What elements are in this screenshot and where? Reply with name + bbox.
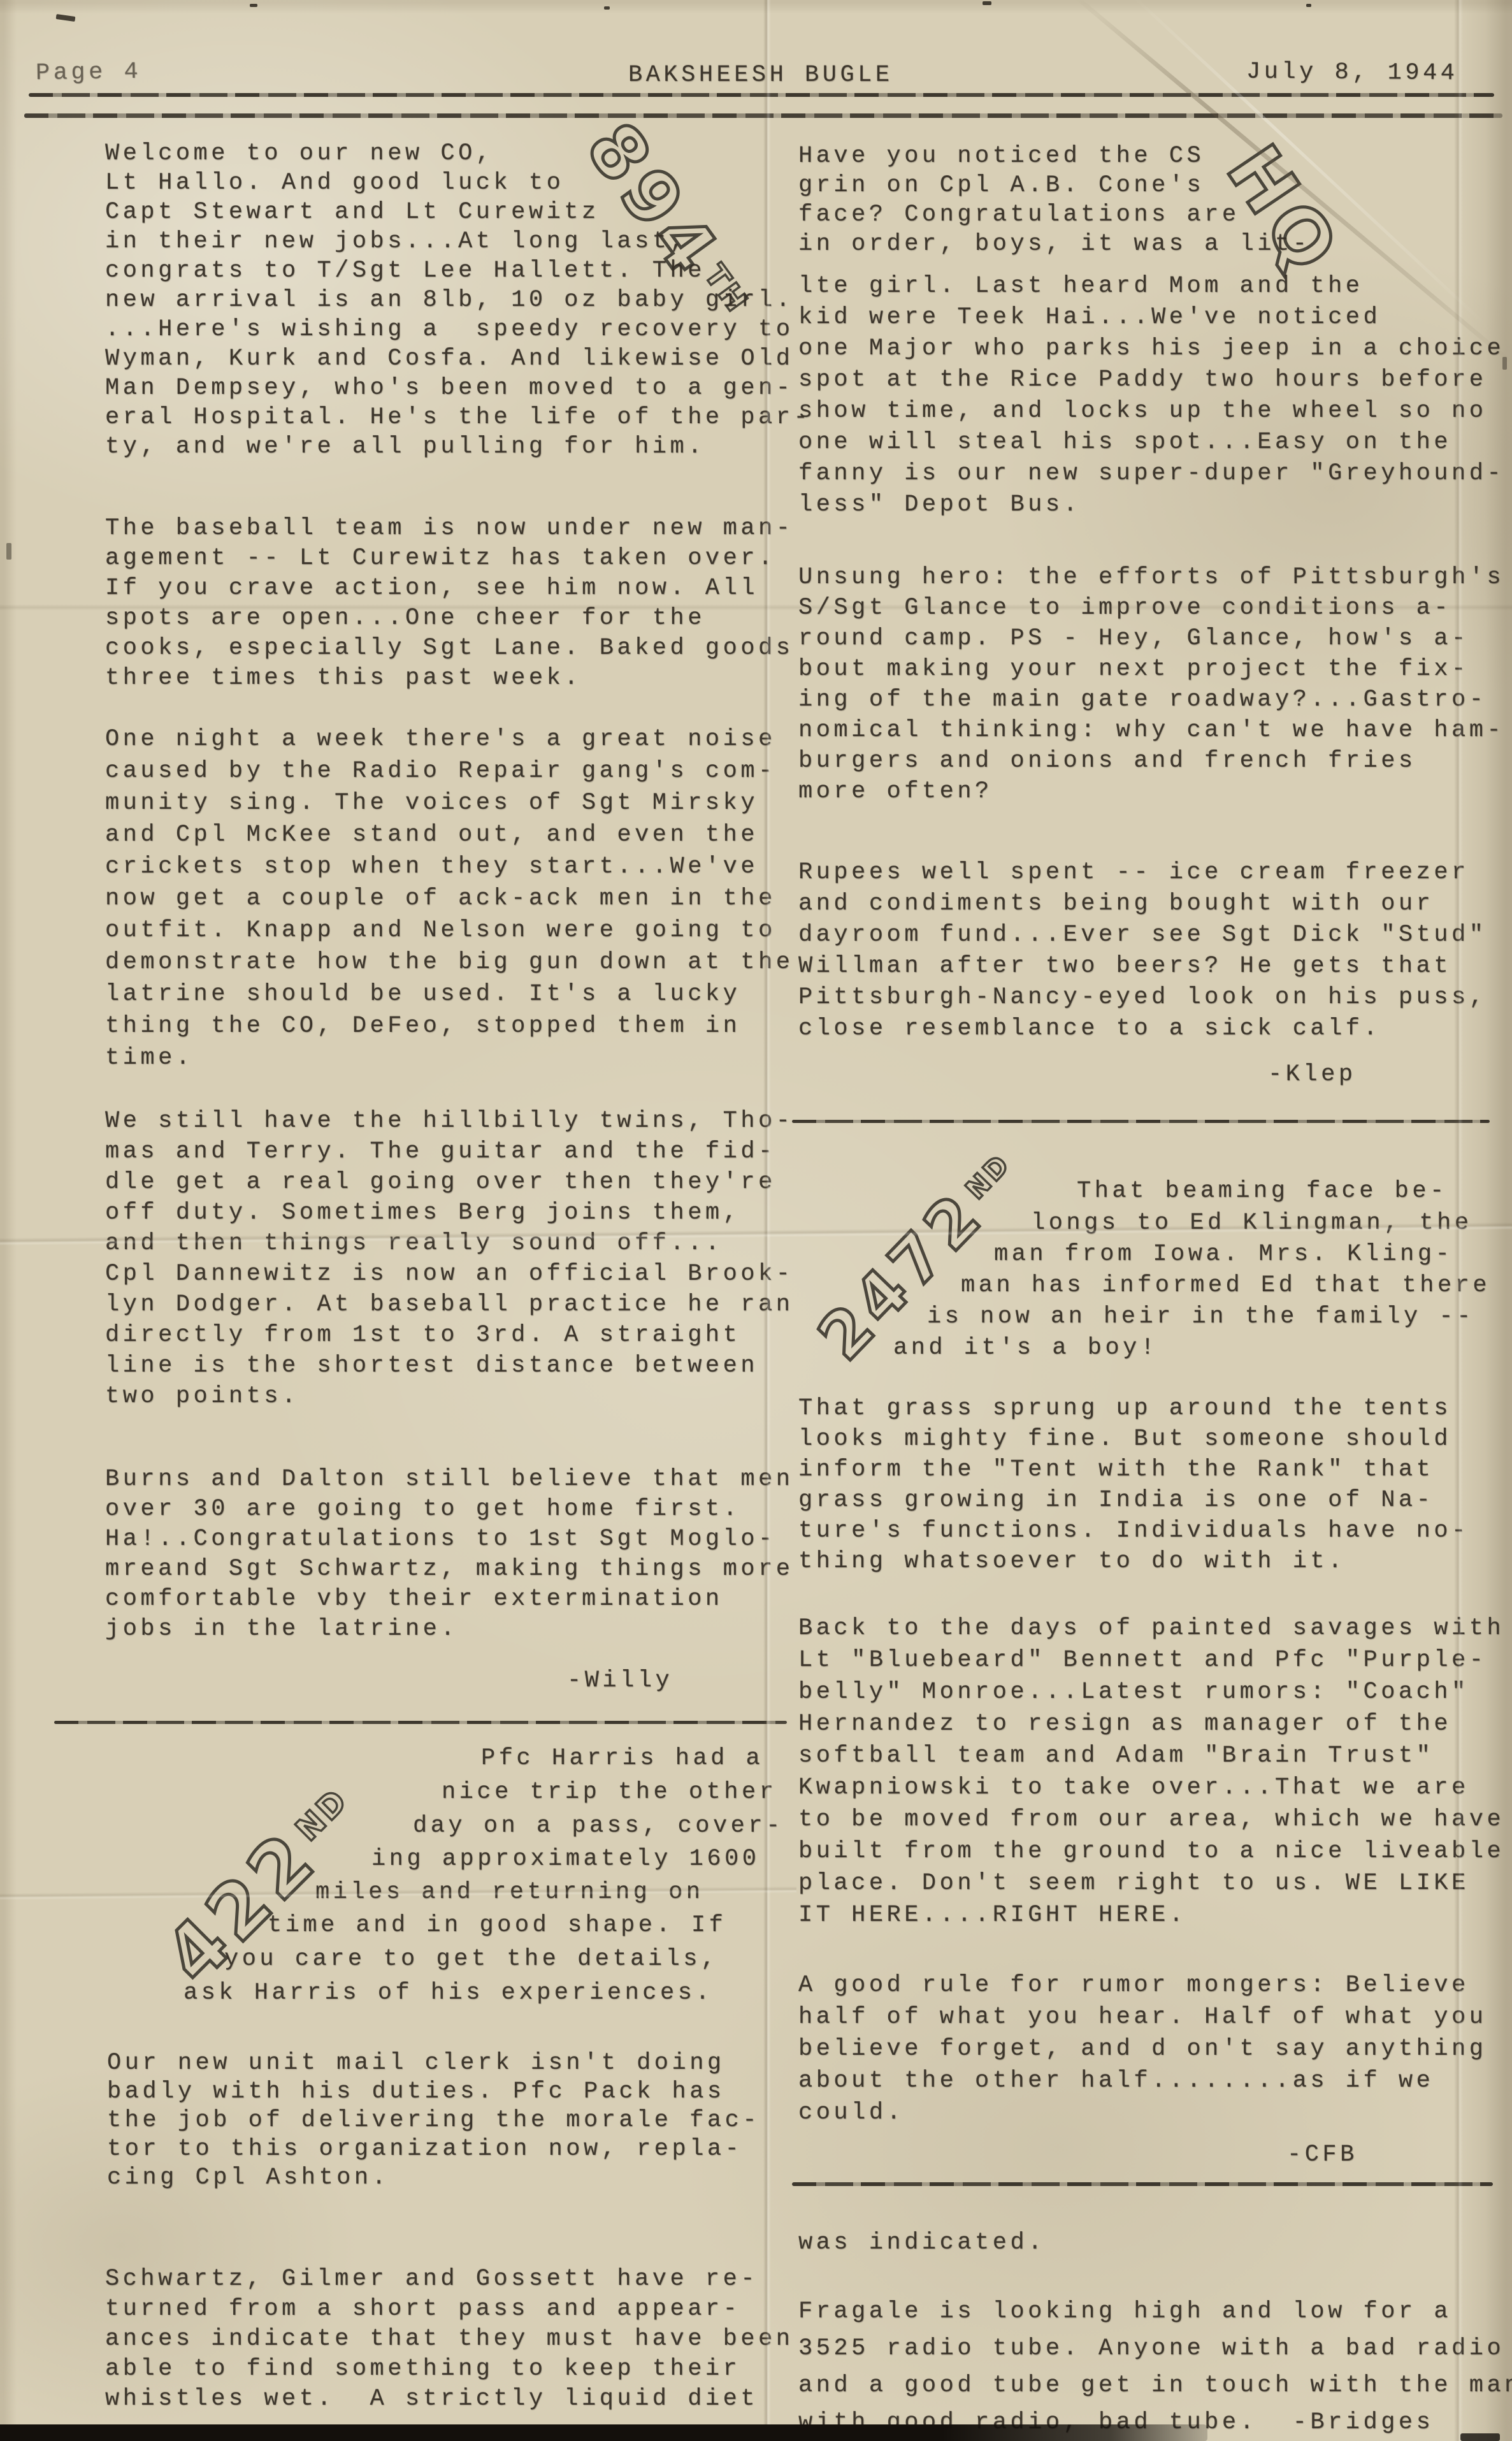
- line-422-0: Pfc Harris had a: [481, 1743, 763, 1774]
- paragraph-was-indicated: was indicated.: [798, 2227, 1046, 2258]
- paragraph-unsung-hero: Unsung hero: the efforts of Pittsburgh's…: [798, 562, 1504, 807]
- line-422-1: nice trip the other: [442, 1777, 777, 1807]
- stamp-2472nd-ordinal: ND: [960, 1148, 1016, 1205]
- scanned-newsletter-page: Page 4 BAKSHEESH BUGLE July 8, 1944 894T…: [0, 0, 1512, 2441]
- stamp-422nd-ordinal: ND: [289, 1781, 356, 1848]
- paragraph-baseball-team: The baseball team is now under new man- …: [105, 514, 793, 693]
- line-2472-4: is now an heir in the family --: [927, 1301, 1474, 1332]
- line-2472-0: That beaming face be-: [1077, 1176, 1448, 1206]
- line-422-4: miles and returning on: [315, 1877, 703, 1908]
- right-column-divider-2: [792, 2182, 1493, 2186]
- paragraph-grass-tents: That grass sprung up around the tents lo…: [798, 1393, 1469, 1577]
- header-page-label: Page 4: [36, 57, 142, 89]
- header-rule-bottom: [24, 113, 1502, 118]
- signoff-willy: -Willy: [567, 1665, 673, 1696]
- paragraph-rumors: Back to the days of painted savages with…: [798, 1612, 1504, 1931]
- ink-speck: [6, 543, 11, 560]
- line-2472-1: longs to Ed Klingman, the: [1031, 1208, 1472, 1238]
- ink-speck: [1502, 357, 1507, 370]
- line-422-7: ask Harris of his experiences.: [184, 1978, 713, 2008]
- paragraph-cone-baby-a: Have you noticed the CS grin on Cpl A.B.…: [798, 141, 1310, 259]
- line-2472-3: man has informed Ed that there: [961, 1270, 1490, 1301]
- header-date: July 8, 1944: [1246, 57, 1458, 89]
- ink-speck: [56, 14, 76, 22]
- paragraph-schwartz-pass: Schwartz, Gilmer and Gossett have re- tu…: [105, 2264, 793, 2414]
- paragraph-rumor-mongers: A good rule for rumor mongers: Believe h…: [798, 1969, 1487, 2129]
- header-rule-top: [29, 93, 1494, 97]
- signoff-cfb: -CFB: [1287, 2140, 1358, 2170]
- paragraph-cone-baby-b: lte girl. Last heard Mom and the kid wer…: [798, 271, 1504, 521]
- paragraph-rupees: Rupees well spent -- ice cream freezer a…: [798, 857, 1487, 1045]
- line-422-6: you care to get the details,: [224, 1944, 719, 1974]
- ink-speck: [604, 6, 610, 10]
- right-column-divider-1: [792, 1120, 1490, 1123]
- paragraph-radio-repair-sing: One night a week there's a great noise c…: [105, 723, 793, 1074]
- paragraph-fragale-tube: Fragale is looking high and low for a 35…: [798, 2293, 1512, 2441]
- ink-speck: [983, 1, 991, 5]
- left-column-divider: [54, 1721, 787, 1724]
- ink-speck: [1306, 4, 1311, 7]
- line-2472-5: and it's a boy!: [893, 1333, 1158, 1363]
- ink-speck: [250, 4, 257, 7]
- paragraph-mail-clerk: Our new unit mail clerk isn't doing badl…: [107, 2049, 760, 2192]
- paragraph-hillbilly-twins: We still have the hillbilly twins, Tho- …: [105, 1106, 793, 1412]
- line-2472-2: man from Iowa. Mrs. Kling-: [994, 1239, 1453, 1270]
- paragraph-welcome-co: Welcome to our new CO, Lt Hallo. And goo…: [105, 139, 811, 461]
- paragraph-burns-dalton: Burns and Dalton still believe that men …: [105, 1465, 793, 1644]
- line-422-2: day on a pass, cover-: [413, 1811, 784, 1841]
- line-422-5: time and in good shape. If: [268, 1910, 726, 1941]
- line-422-3: ing approximately 1600: [371, 1844, 760, 1874]
- signoff-klep: -Klep: [1268, 1059, 1357, 1090]
- header-title: BAKSHEESH BUGLE: [628, 60, 893, 91]
